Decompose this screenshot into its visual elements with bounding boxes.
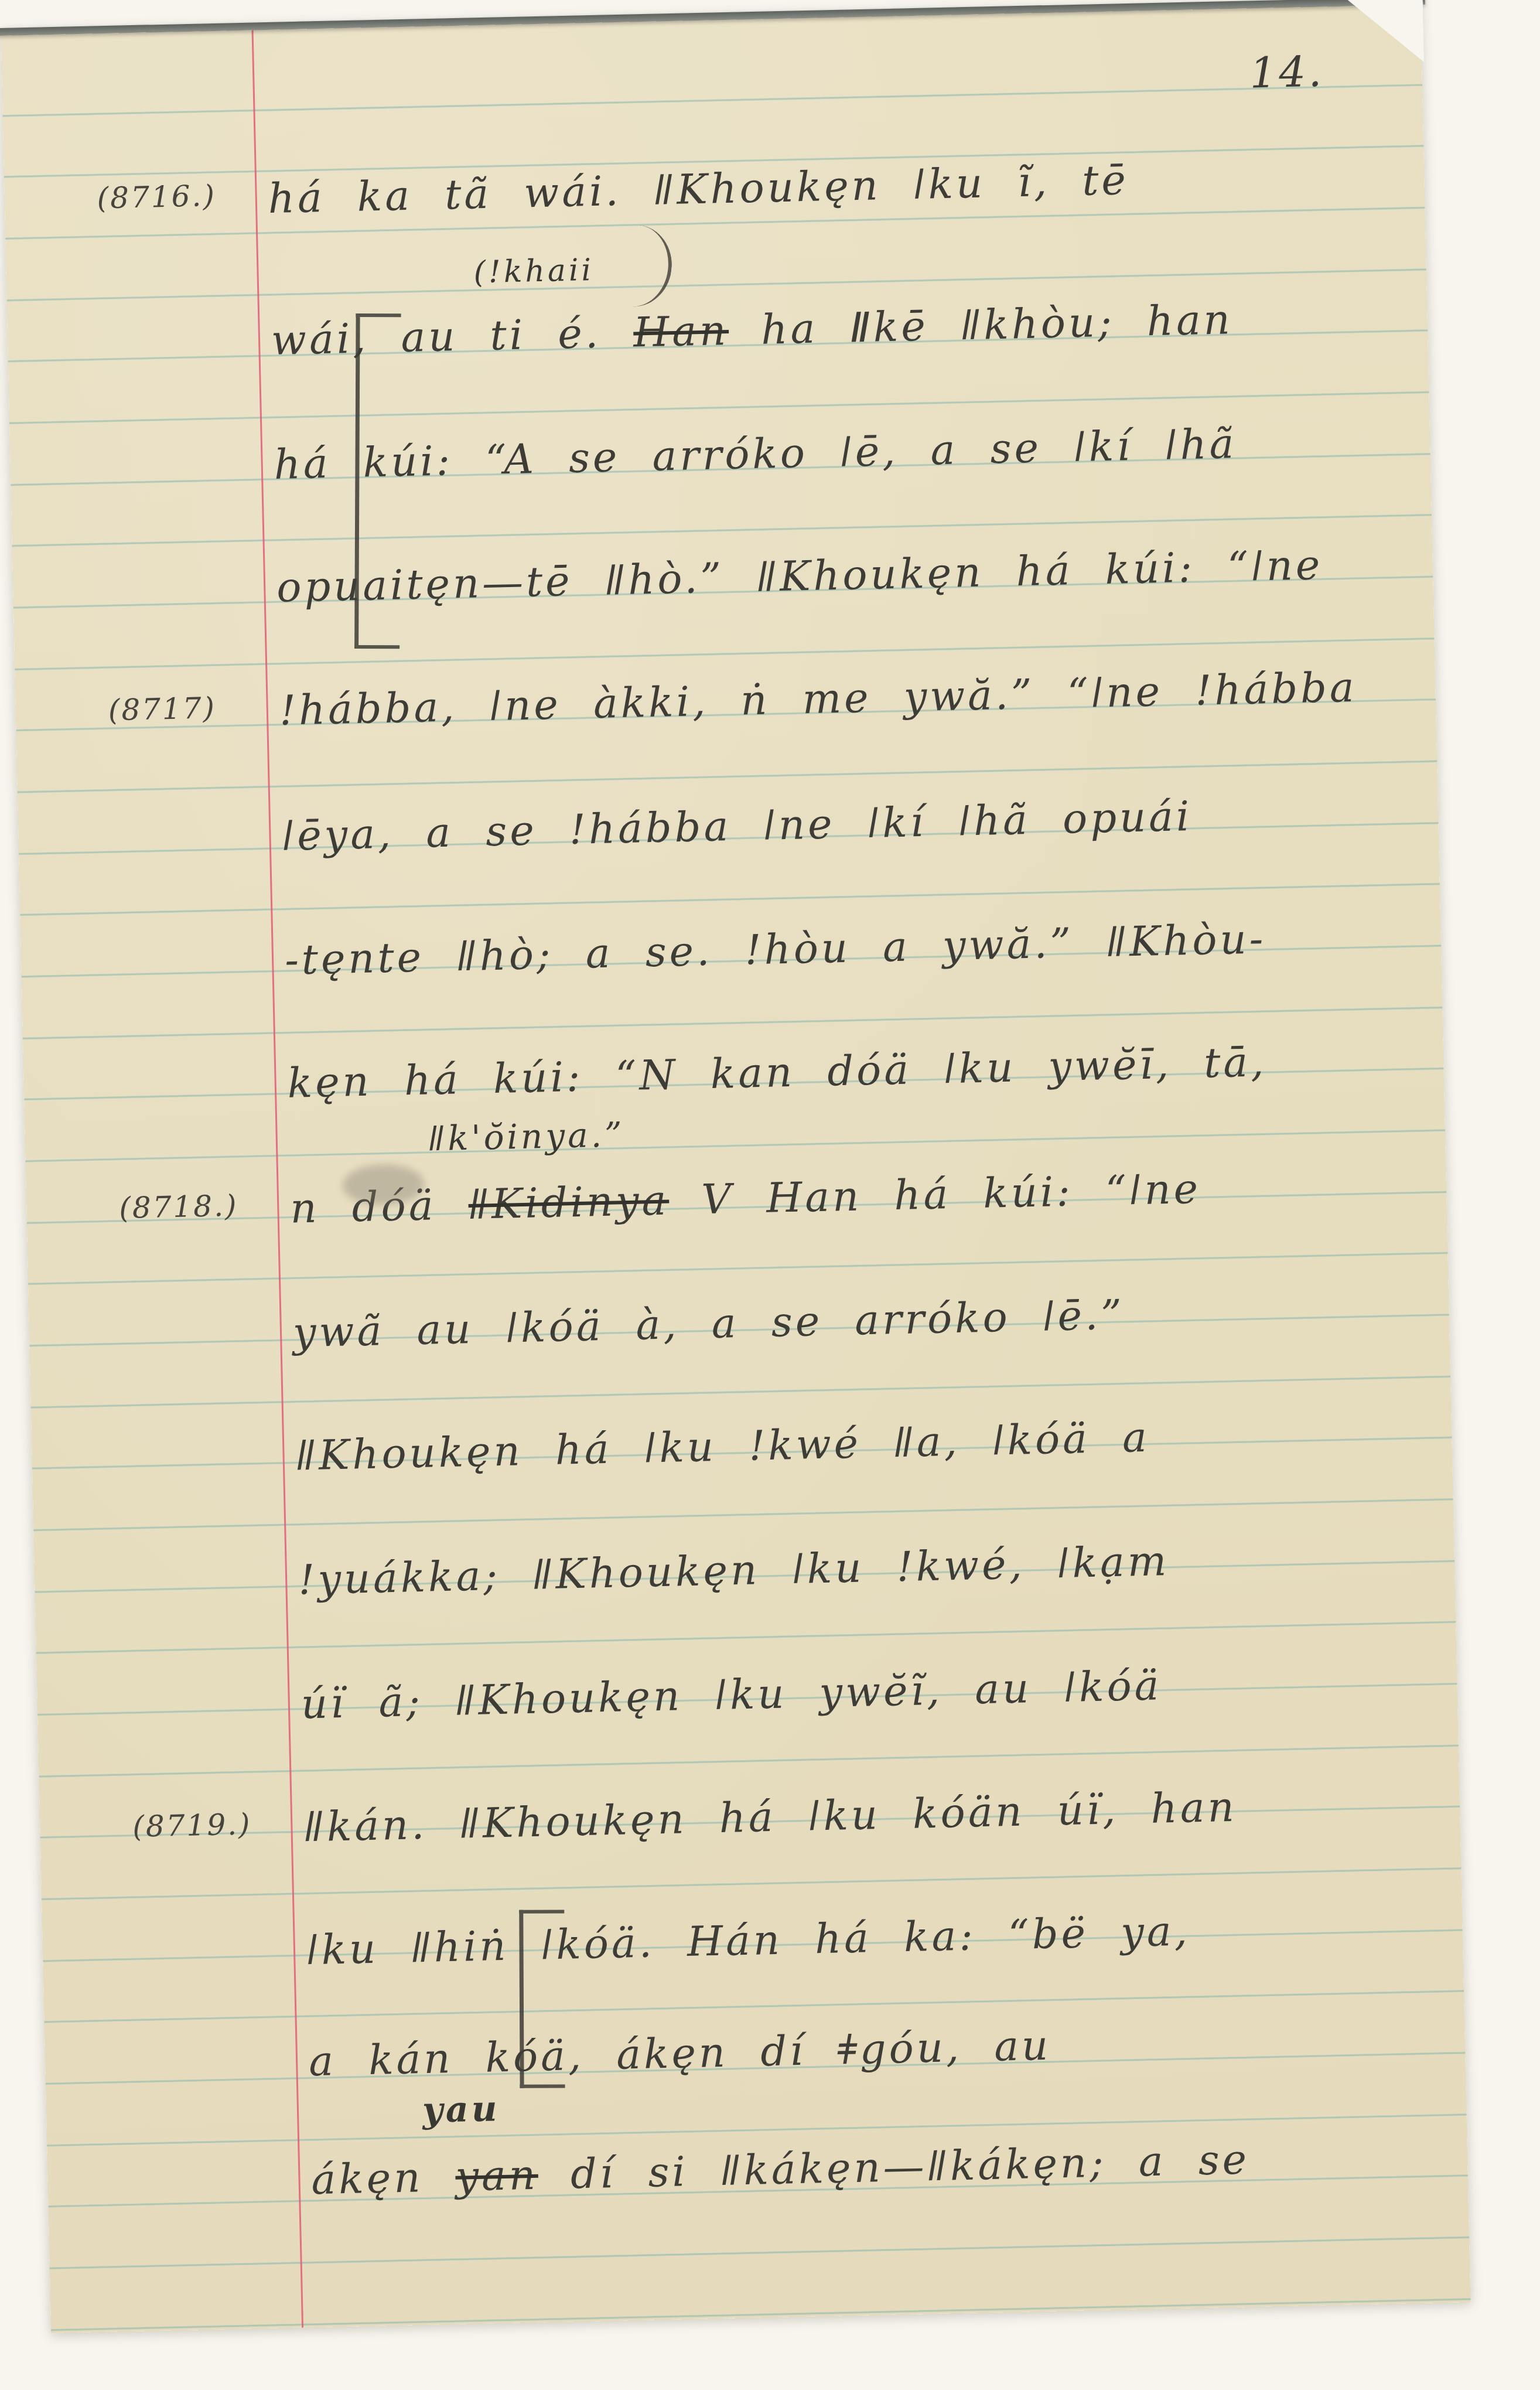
- entry-number: (8717): [108, 691, 216, 727]
- line-text: ǁkán. ǁKhoukęn há ǀku kóän úï, han: [303, 1778, 1237, 1857]
- text-line: -tęnte ǁhò; a se. !hòu a ywă.” ǁKhòu-: [21, 906, 1442, 1007]
- line-text: yau: [422, 2079, 501, 2140]
- text-line: ywã au ǀkóä à, a se arróko ǀē.”: [29, 1278, 1450, 1380]
- text-segment: !hábba, ǀne àkki, ṅ me ywă.” “ǀne !hábba: [279, 663, 1357, 735]
- struck-word: Han: [633, 306, 729, 357]
- text-line: ǀku ǁhiṅ ǀkóä. Hán há ka: “bë ya,: [42, 1895, 1463, 1997]
- text-segment: há kúi: “A se arróko ǀē, a se ǀkí ǀhã: [274, 420, 1237, 489]
- text-segment: ákęn: [311, 2153, 456, 2204]
- text-segment: (!khaii: [473, 253, 595, 290]
- page-top-edge: [0, 0, 1425, 36]
- text-segment: ǁkán. ǁKhoukęn há ǀku kóän úï, han: [303, 1783, 1238, 1852]
- entry-number: (8718.): [119, 1189, 238, 1225]
- ink-bracket-icon: [354, 313, 401, 649]
- line-text: ǀku ǁhiṅ ǀkóä. Hán há ka: “bë ya,: [306, 1901, 1191, 1979]
- line-text: !yuákka; ǁKhoukęn ǀku !kwé, ǀkạm: [298, 1532, 1170, 1609]
- page-number: 14.: [1249, 47, 1324, 98]
- notebook-paper: 14. (8716.)há ka tã wái. ǁKhoukęn ǀku ĩ,…: [1, 0, 1470, 2333]
- text-segment: yau: [422, 2088, 500, 2131]
- text-segment: kē ǁkhòu; han: [873, 295, 1234, 351]
- text-segment: ywã au ǀkóä à, a se arróko ǀē.”: [292, 1291, 1125, 1357]
- text-segment: úï ã; ǁKhoukęn ǀku ywĕĩ, au ǀkóä: [301, 1661, 1162, 1728]
- text-segment: -tęnte ǁhò; a se. !hòu a ywă.” ǁKhòu-: [284, 915, 1266, 984]
- text-segment: V Han há kúi: “ǀne: [668, 1165, 1201, 1225]
- line-text: -tęnte ǁhò; a se. !hòu a ywă.” ǁKhòu-: [284, 909, 1266, 990]
- entry-number: (8716.): [97, 179, 216, 215]
- text-segment: dí si ǁkákęn—ǁkákęn; a se: [538, 2135, 1250, 2198]
- line-text: ǀēya, a se !hábba ǀne ǀkí ǀhã opuái: [281, 787, 1193, 865]
- text-segment: opuaitęn—tē ǁhò.” ǁKhoukęn há kúi: “ǀne: [276, 541, 1323, 612]
- struck-word: yan: [455, 2151, 539, 2201]
- line-text: ǁk'ŏinya.”: [428, 1105, 626, 1168]
- text-segment: ǁKhoukęn há ǀku !kwé ǁa, ǀkóä a: [295, 1413, 1150, 1480]
- text-line: opuaitęn—tē ǁhò.” ǁKhoukęn há kúi: “ǀne: [12, 533, 1433, 635]
- line-text: ǁKhoukęn há ǀku !kwé ǁa, ǀkóä a: [295, 1408, 1150, 1485]
- text-line: ǀēya, a se !hábba ǀne ǀkí ǀhã opuái: [18, 782, 1439, 883]
- text-line: há kúi: “A se arróko ǀē, a se ǀkí ǀhã: [10, 410, 1431, 512]
- text-line: (8717)!hábba, ǀne àkki, ṅ me ywă.” “ǀne …: [15, 656, 1436, 758]
- text-segment: ǁ: [849, 303, 873, 352]
- text-line: (8719.)ǁkán. ǁKhoukęn há ǀku kóän úï, ha…: [39, 1772, 1460, 1874]
- line-text: úï ã; ǁKhoukęn ǀku ywĕĩ, au ǀkóä: [301, 1656, 1163, 1733]
- text-segment: !yuákka; ǁKhoukęn ǀku !kwé, ǀkạm: [298, 1537, 1170, 1604]
- text-segment: há ka tã wái. ǁKhoukęn ǀku ĩ, tē: [268, 156, 1129, 223]
- text-line: úï ã; ǁKhoukęn ǀku ywĕĩ, au ǀkóä: [37, 1649, 1458, 1751]
- text-segment: ǀēya, a se !hábba ǀne ǀkí ǀhã opuái: [282, 792, 1193, 860]
- struck-word: ǁKidinya: [468, 1177, 670, 1229]
- line-text: há ka tã wái. ǁKhoukęn ǀku ĩ, tē: [268, 151, 1129, 228]
- line-text: ywã au ǀkóä à, a se arróko ǀē.”: [292, 1286, 1125, 1362]
- torn-corner: [1335, 0, 1424, 64]
- line-text: há kúi: “A se arróko ǀē, a se ǀkí ǀhã: [274, 414, 1238, 494]
- ink-bracket-icon: [519, 1910, 565, 2088]
- line-text: (!khaii: [473, 241, 595, 302]
- entry-number: (8719.): [132, 1807, 252, 1843]
- text-segment: ǀku ǁhiṅ ǀkóä. Hán há ka: “bë ya,: [306, 1907, 1190, 1974]
- text-segment: ǁk'ŏinya.”: [428, 1114, 625, 1158]
- line-text: !hábba, ǀne àkki, ṅ me ywă.” “ǀne !hábba: [279, 658, 1358, 740]
- text-segment: wái, au ti é.: [271, 308, 634, 364]
- scanned-page: 14. (8716.)há ka tã wái. ǁKhoukęn ǀku ĩ,…: [0, 0, 1540, 2390]
- line-text: opuaitęn—tē ǁhò.” ǁKhoukęn há kúi: “ǀne: [276, 536, 1323, 617]
- text-line: !yuákka; ǁKhoukęn ǀku !kwé, ǀkạm: [34, 1525, 1455, 1627]
- text-line: ǁKhoukęn há ǀku !kwé ǁa, ǀkóä a: [32, 1401, 1453, 1502]
- text-segment: ha: [728, 304, 851, 354]
